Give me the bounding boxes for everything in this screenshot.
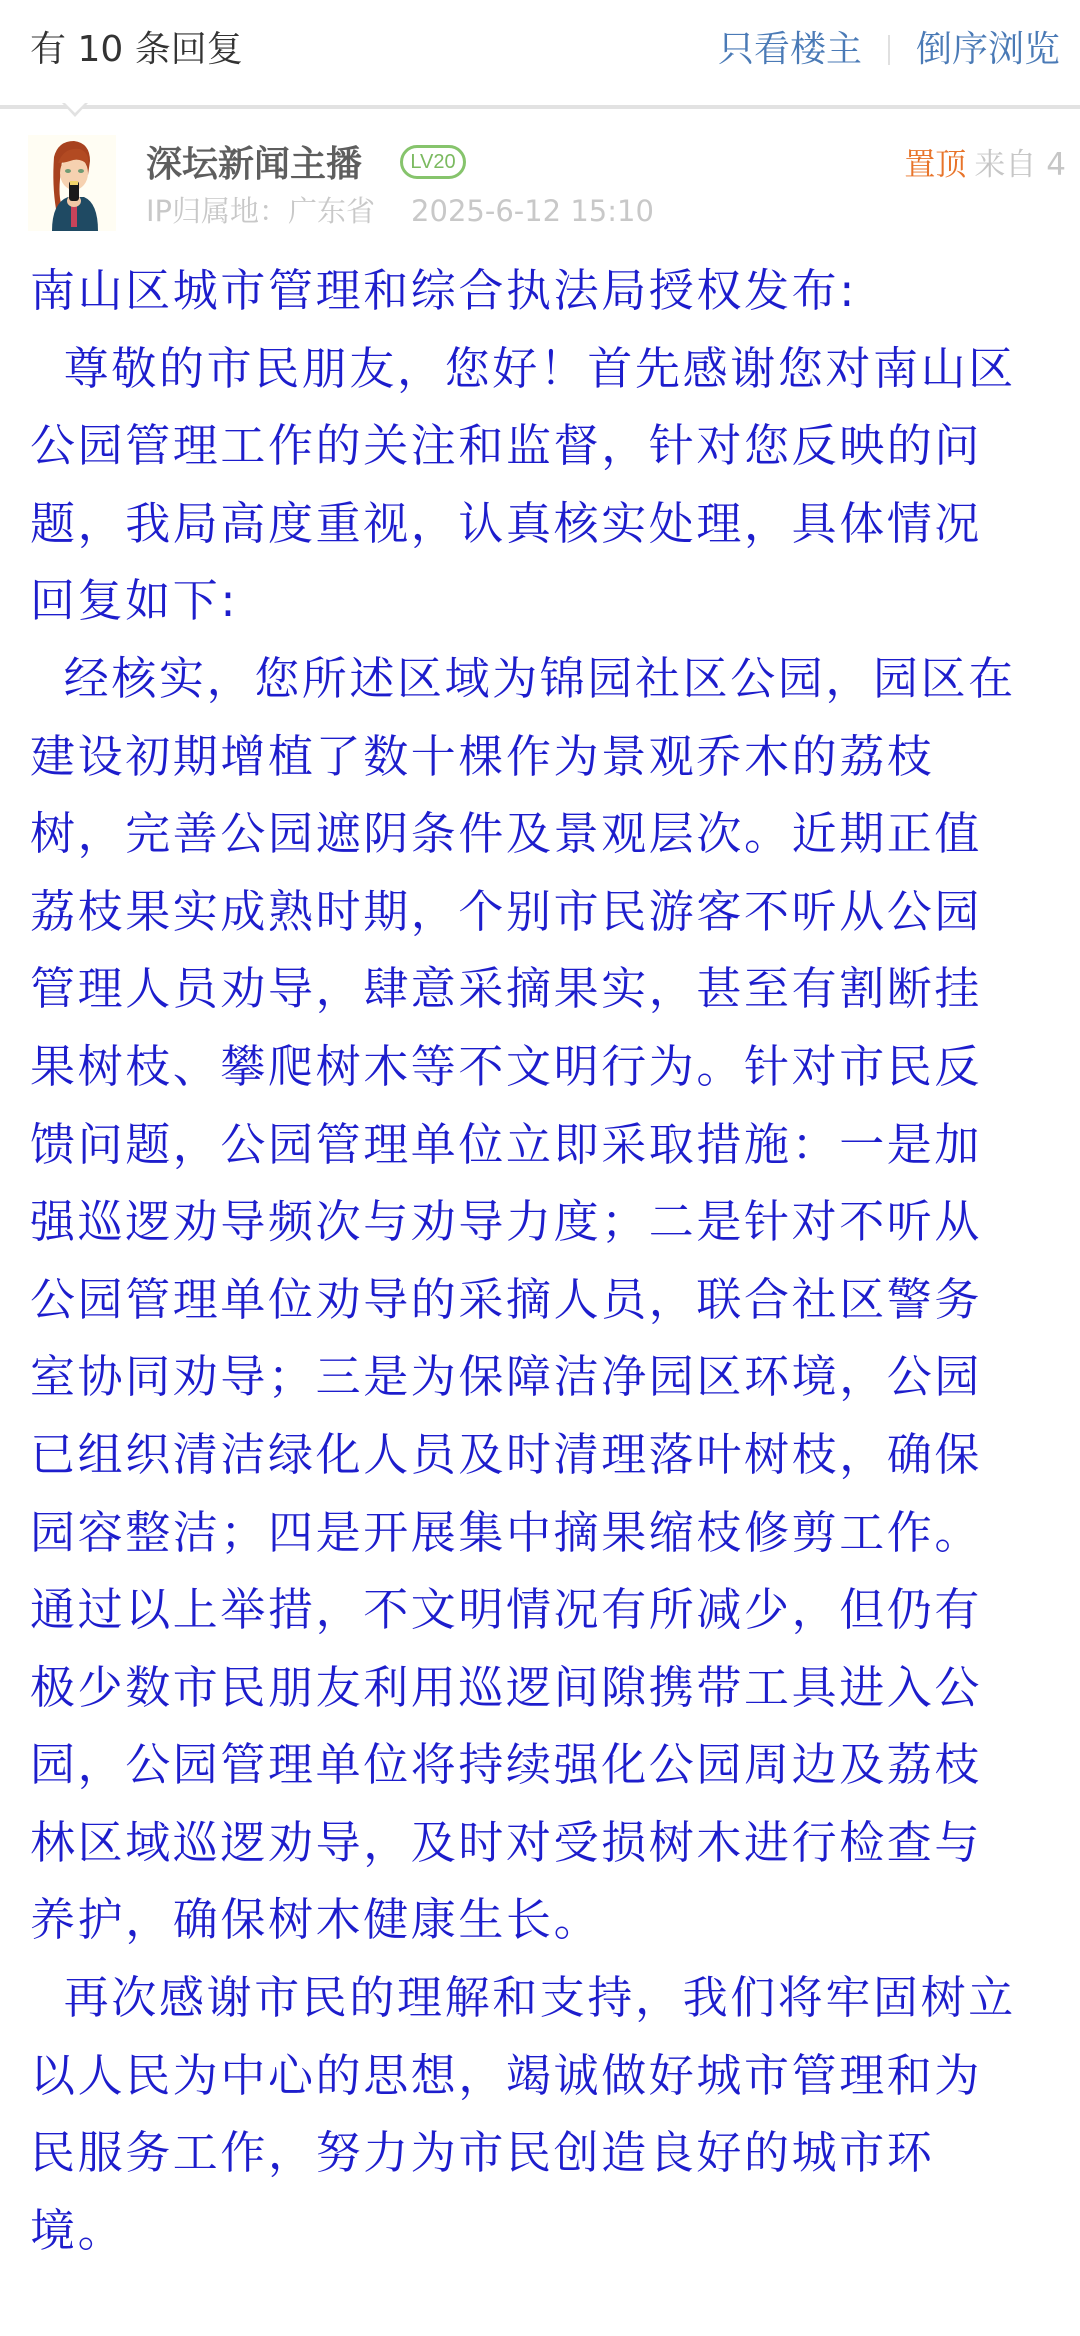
post-text-line: 管理人员劝导，肆意采摘果实，甚至有割断挂 bbox=[30, 950, 1060, 1028]
post-text-line: 园，公园管理单位将持续强化公园周边及荔枝 bbox=[30, 1726, 1060, 1804]
post-text-line: 已组织清洁绿化人员及时清理落叶树枝，确保 bbox=[30, 1416, 1060, 1494]
post-text-line: 回复如下: bbox=[30, 562, 1060, 640]
post-text-line: 树，完善公园遮阴条件及景观层次。近期正值 bbox=[30, 795, 1060, 873]
post-text-line: 强巡逻劝导频次与劝导力度；二是针对不听从 bbox=[30, 1183, 1060, 1261]
post-text-line: 境。 bbox=[30, 2192, 1060, 2270]
post-text-line: 荔枝果实成熟时期，个别市民游客不听从公园 bbox=[30, 873, 1060, 951]
reverse-order-button[interactable]: 倒序浏览 bbox=[916, 24, 1060, 76]
post-text-line: 果树枝、攀爬树木等不文明行为。针对市民反 bbox=[30, 1028, 1060, 1106]
post-text-line: 极少数市民朋友利用巡逻间隙携带工具进入公 bbox=[30, 1649, 1060, 1727]
pinned-badge: 置顶 bbox=[904, 147, 966, 183]
post-timestamp: 2025-6-12 15:10 bbox=[411, 194, 654, 228]
thread-toolbar: 有 10 条回复 只看楼主 倒序浏览 bbox=[0, 0, 1080, 104]
avatar[interactable] bbox=[28, 135, 116, 231]
author-name[interactable]: 深坛新闻主播 bbox=[146, 143, 362, 187]
post-tags: 置顶来自 4 bbox=[904, 143, 1066, 187]
post-text-line: 馈问题，公园管理单位立即采取措施：一是加 bbox=[30, 1106, 1060, 1184]
post-text-line: 再次感谢市民的理解和支持，我们将牢固树立 bbox=[30, 1959, 1060, 2037]
post-content: 南山区城市管理和综合执法局授权发布: 尊敬的市民朋友，您好！首先感谢您对南山区 … bbox=[30, 252, 1060, 2269]
post-meta: IP归属地：广东省2025-6-12 15:10 bbox=[146, 191, 654, 231]
post-text-line: 题，我局高度重视，认真核实处理，具体情况 bbox=[30, 485, 1060, 563]
post-text-line: 以人民为中心的思想，竭诚做好城市管理和为 bbox=[30, 2037, 1060, 2115]
post-text-line: 南山区城市管理和综合执法局授权发布: bbox=[30, 252, 1060, 330]
post-text-line: 养护，确保树木健康生长。 bbox=[30, 1881, 1060, 1959]
post-text-line: 公园管理工作的关注和监督，针对您反映的问 bbox=[30, 407, 1060, 485]
divider bbox=[888, 35, 890, 65]
thread-actions: 只看楼主 倒序浏览 bbox=[718, 24, 1060, 76]
only-op-button[interactable]: 只看楼主 bbox=[718, 24, 862, 76]
post-text-line: 林区域巡逻劝导，及时对受损树木进行检查与 bbox=[30, 1804, 1060, 1882]
source-label: 来自 4 bbox=[974, 147, 1066, 183]
post-text-line: 民服务工作，努力为市民创造良好的城市环 bbox=[30, 2114, 1060, 2192]
news-anchor-avatar-icon bbox=[28, 135, 116, 231]
post-header: 深坛新闻主播 LV20 IP归属地：广东省2025-6-12 15:10 置顶来… bbox=[0, 125, 1080, 245]
post-text-line: 通过以上举措，不文明情况有所减少，但仍有 bbox=[30, 1571, 1060, 1649]
post-text-line: 尊敬的市民朋友，您好！首先感谢您对南山区 bbox=[30, 330, 1060, 408]
post-text-line: 室协同劝导；三是为保障洁净园区环境，公园 bbox=[30, 1338, 1060, 1416]
post-text-line: 公园管理单位劝导的采摘人员，联合社区警务 bbox=[30, 1261, 1060, 1339]
post-text-line: 建设初期增植了数十棵作为景观乔木的荔枝 bbox=[30, 718, 1060, 796]
reply-count: 有 10 条回复 bbox=[30, 24, 243, 76]
level-badge: LV20 bbox=[400, 145, 466, 179]
post-text-line: 园容整洁；四是开展集中摘果缩枝修剪工作。 bbox=[30, 1494, 1060, 1572]
header-separator bbox=[0, 105, 1080, 109]
ip-location: IP归属地：广东省 bbox=[146, 194, 375, 228]
post-text-line: 经核实，您所述区域为锦园社区公园，园区在 bbox=[30, 640, 1060, 718]
pointer-notch-fill bbox=[65, 103, 85, 113]
